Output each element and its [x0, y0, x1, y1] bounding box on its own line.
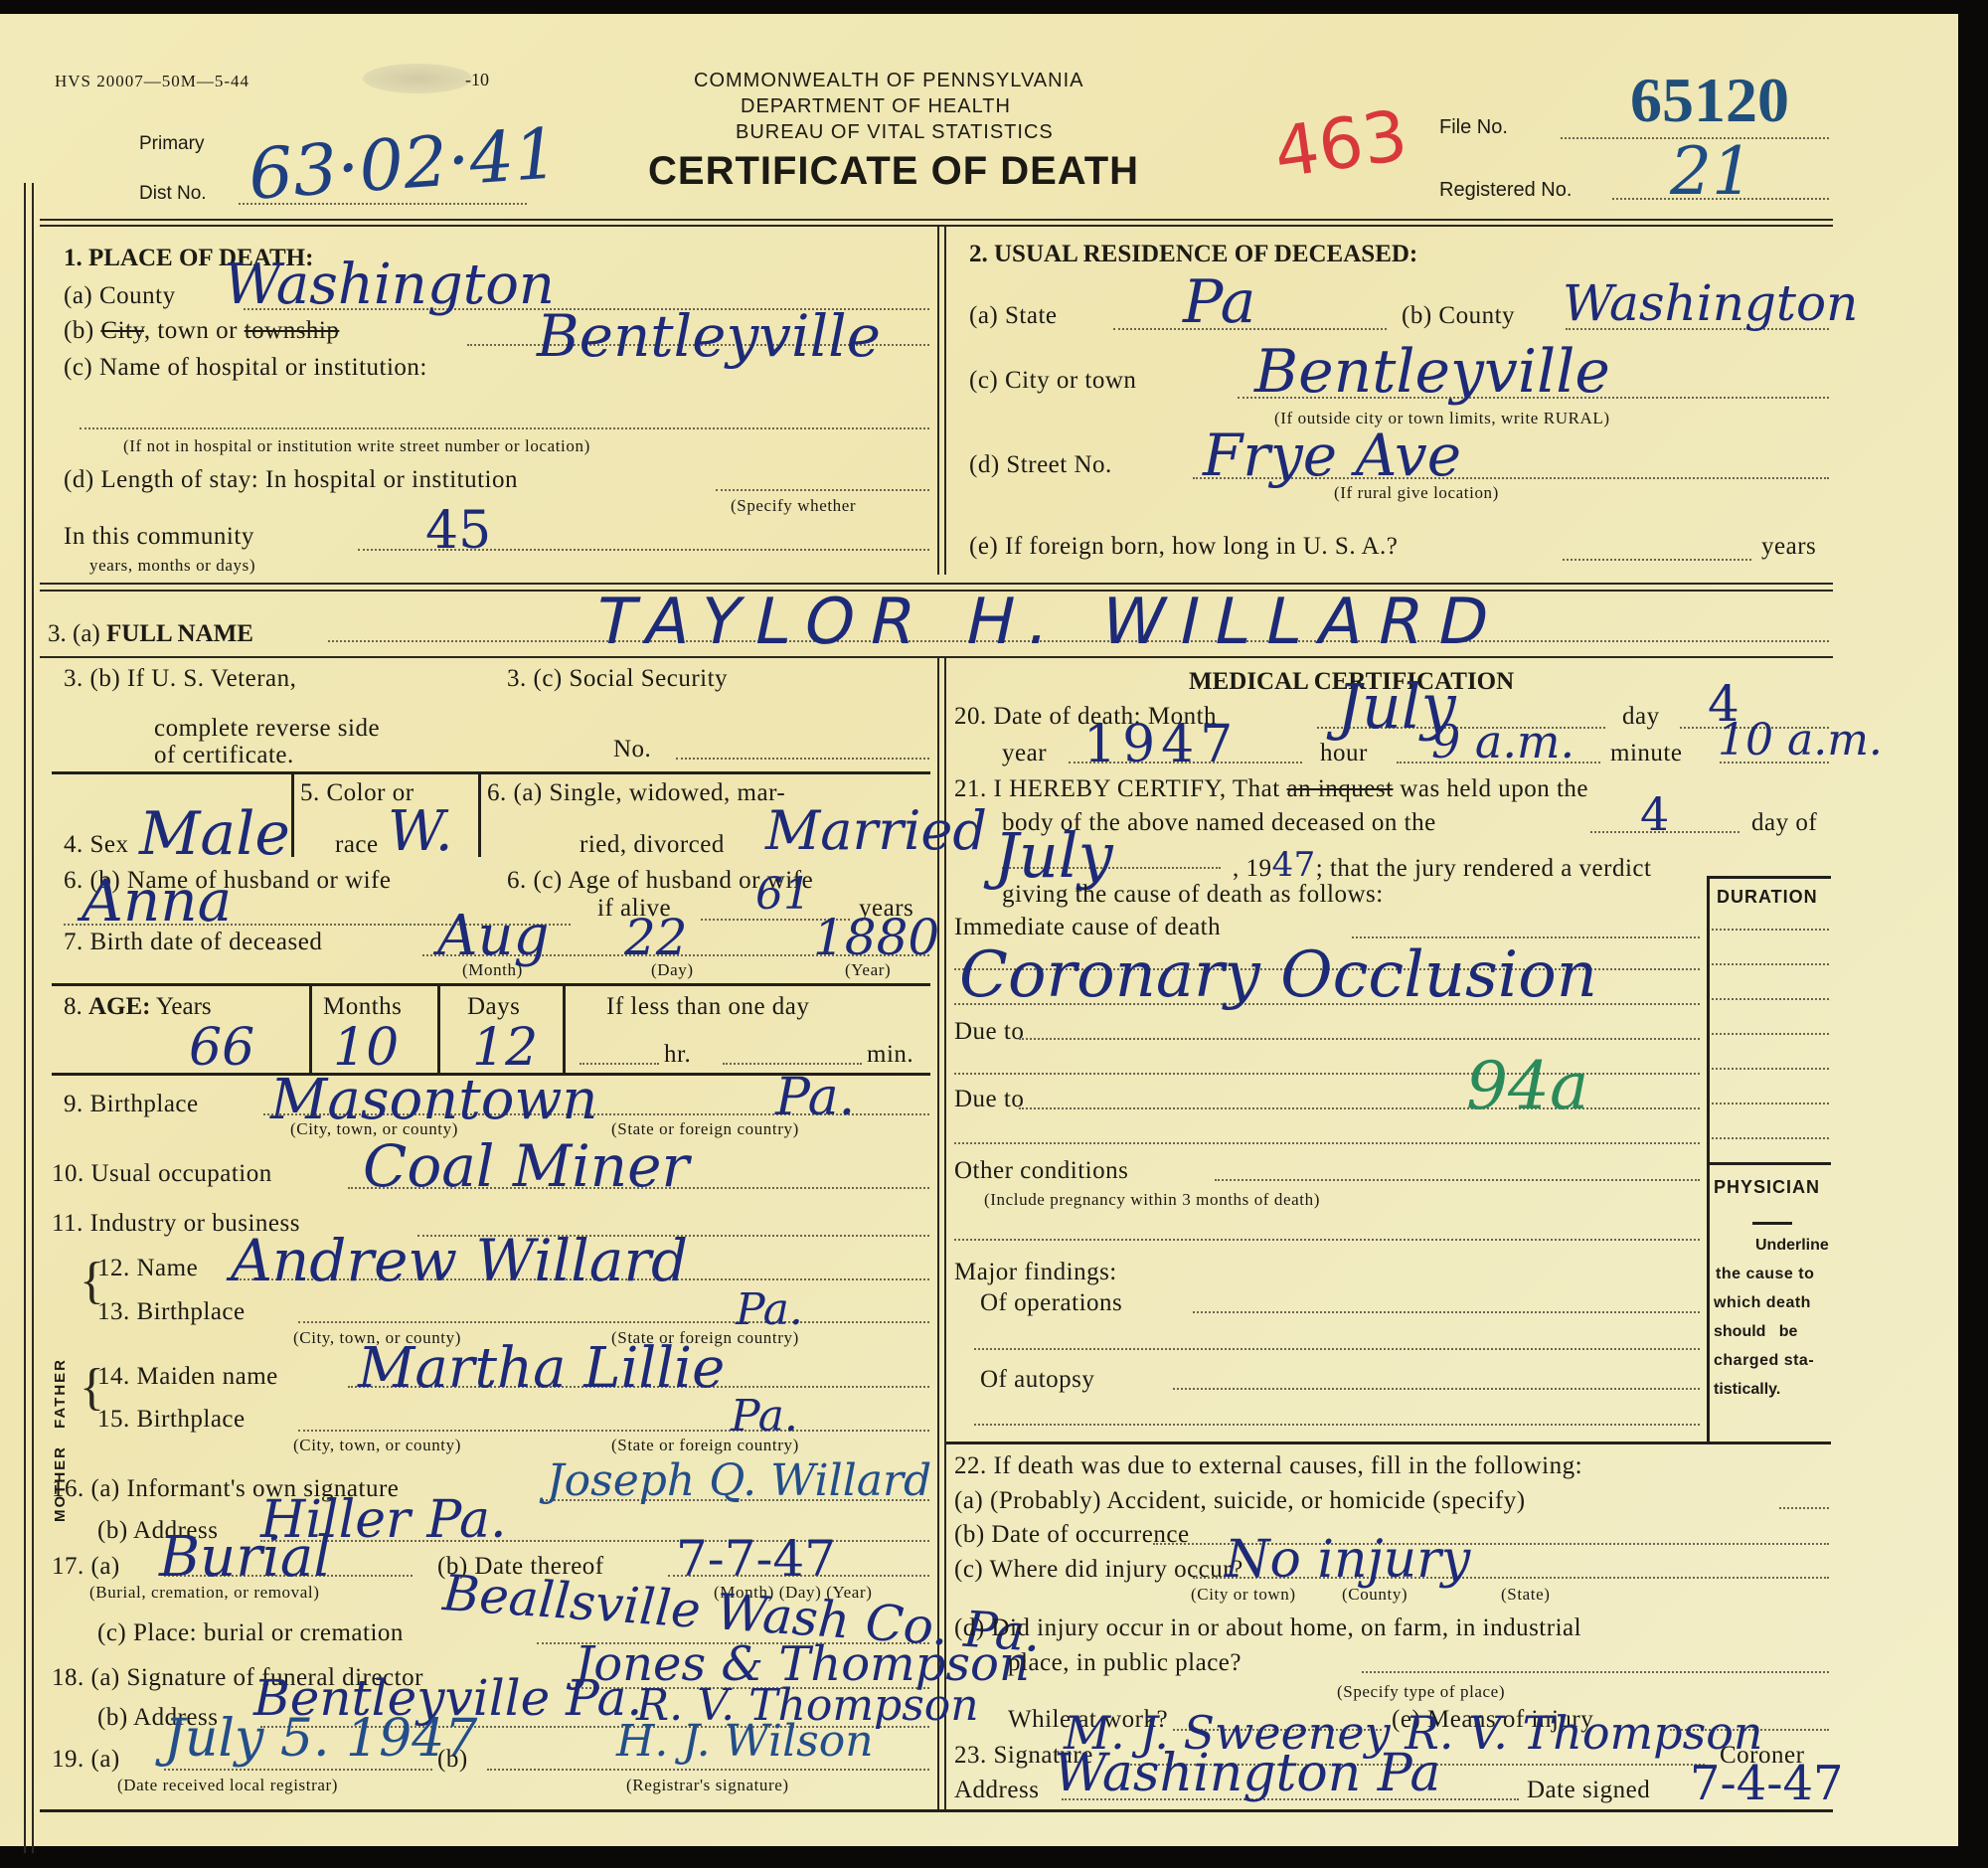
certify-line-1: 21. I HEREBY CERTIFY, That an inquest wa… [954, 775, 1588, 803]
veteran-label-3: of certificate. [154, 742, 294, 769]
physician-note-line: should be [1714, 1323, 1797, 1341]
file-number: 65120 [1630, 64, 1789, 137]
mother-name-label: 14. Maiden name [97, 1363, 278, 1391]
day-label: day [1622, 703, 1660, 731]
age-rule-top [52, 983, 930, 986]
veteran-label: 3. (b) If U. S. Veteran, [64, 665, 296, 693]
town-label-mid: , town or [144, 317, 238, 344]
cause-line [1019, 1038, 1700, 1040]
mother-state-note: (State or foreign country) [611, 1436, 799, 1455]
injury-city-note: (City or town) [1191, 1585, 1296, 1605]
hospital-underline [80, 427, 929, 429]
certify-line-4: giving the cause of death as follows: [1002, 881, 1384, 909]
duration-line [1712, 1033, 1829, 1035]
marital-value: Married [765, 799, 987, 862]
file-no-label: File No. [1439, 116, 1508, 139]
due-to-label-1: Due to [954, 1018, 1024, 1046]
hospital-label: (c) Name of hospital or institution: [64, 354, 427, 382]
certify-day: 4 [1640, 787, 1669, 841]
due-to-code: 94a [1466, 1048, 1588, 1124]
mother-birthplace-underline [298, 1430, 929, 1432]
operations-label: Of operations [980, 1289, 1122, 1317]
residence-city-label: (c) City or town [969, 367, 1136, 395]
full-name-number: 3. (a) [48, 620, 100, 647]
injury-county-note: (County) [1342, 1585, 1408, 1605]
left-border-line [32, 183, 34, 1853]
top-rule [40, 225, 1833, 227]
age-years: 66 [189, 1018, 254, 1078]
residence-county: Washington [1563, 274, 1858, 332]
age-less-label: If less than one day [606, 993, 809, 1021]
town-label-prefix: (b) [64, 317, 94, 344]
duration-box-top [1707, 876, 1831, 879]
age-divider [309, 984, 312, 1074]
registrar-date-underline [164, 1769, 432, 1771]
section-rule [40, 583, 1833, 585]
occupation-value: Coal Miner [363, 1132, 689, 1200]
certify-line-3b: ; that the jury rendered a verdict [1316, 855, 1652, 882]
death-year: 1947 [1083, 715, 1239, 774]
residence-street: Frye Ave [1203, 422, 1461, 489]
death-town: Bentleyville [537, 302, 881, 370]
death-county: Washington [224, 253, 555, 317]
ss-no-label: No. [613, 736, 651, 764]
cell-divider [291, 772, 294, 857]
full-name: TAYLOR H. WILLARD [588, 586, 1511, 659]
page-title: CERTIFICATE OF DEATH [648, 149, 1139, 194]
birthplace-label: 9. Birthplace [64, 1091, 199, 1118]
hour-label: hour [1320, 740, 1368, 767]
major-findings-label: Major findings: [954, 1259, 1117, 1286]
mother-birthplace-label: 15. Birthplace [97, 1406, 246, 1434]
external-d-note: (Specify type of place) [1337, 1682, 1505, 1702]
external-d-label-2: place, in public place? [1008, 1649, 1242, 1677]
community-value: 45 [425, 501, 491, 561]
foreign-born-unit: years [1761, 533, 1816, 561]
cause-line [1019, 1107, 1700, 1109]
other-conditions-note: (Include pregnancy within 3 months of de… [984, 1190, 1320, 1210]
town-label-township-struck: township [245, 317, 340, 344]
due-to-label-2: Due to [954, 1086, 1024, 1113]
specify-note: (Specify whether [731, 496, 856, 516]
duration-line [1712, 998, 1829, 1000]
residence-street-note: (If rural give location) [1334, 483, 1499, 503]
column-divider [944, 227, 946, 575]
year-label: year [1002, 740, 1047, 767]
sex-label: 4. Sex [64, 831, 129, 859]
other-conditions-label: Other conditions [954, 1157, 1128, 1185]
certify-line-1b: was held upon the [1400, 775, 1588, 802]
social-security-label: 3. (c) Social Security [507, 665, 728, 693]
cause-line [954, 1142, 1700, 1144]
primary-label: Primary [139, 133, 204, 155]
residence-street-label: (d) Street No. [969, 451, 1112, 479]
age-min-underline [723, 1063, 862, 1065]
age-divider [563, 984, 566, 1074]
external-a-underline [1779, 1507, 1829, 1509]
mother-city-note: (City, town, or county) [293, 1436, 461, 1455]
red-annotation: 463 [1269, 94, 1412, 194]
external-d-underline [1362, 1671, 1829, 1673]
sex-value: Male [139, 799, 290, 869]
operations-line [974, 1348, 1700, 1350]
age-label-title: AGE: [88, 993, 151, 1020]
dist-number: 63·02·41 [247, 112, 562, 216]
burial-method-note: (Burial, cremation, or removal) [89, 1583, 320, 1603]
community-note: years, months or days) [89, 556, 255, 576]
external-a-label: (a) (Probably) Accident, suicide, or hom… [954, 1487, 1526, 1515]
father-name: Andrew Willard [231, 1227, 688, 1294]
certify-year-prefix: , 19 [1233, 855, 1272, 882]
operations-underline [1193, 1311, 1700, 1313]
registrar-signature-underline [487, 1769, 929, 1771]
certify-line-1a: 21. I HEREBY CERTIFY, That [954, 775, 1280, 802]
age-label: 8. AGE: Years [64, 993, 212, 1021]
registrar-label-b: (b) [437, 1746, 468, 1774]
residence-state-label: (a) State [969, 302, 1057, 330]
residence-state: Pa [1183, 267, 1255, 337]
full-name-title: FULL NAME [106, 620, 253, 647]
injury-location: No injury [1225, 1530, 1470, 1590]
autopsy-underline [1173, 1388, 1700, 1390]
other-conditions-underline [1215, 1179, 1700, 1181]
form-code: HVS 20007—50M—5-44 [55, 72, 249, 91]
birth-day-note: (Day) [651, 960, 694, 980]
minute-label: minute [1610, 740, 1682, 767]
residence-county-label: (b) County [1402, 302, 1515, 330]
full-name-rule [40, 656, 1833, 658]
other-conditions-line [954, 1239, 1700, 1241]
registered-no-label: Registered No. [1439, 179, 1572, 202]
dist-label: Dist No. [139, 183, 207, 205]
certify-day-of: day of [1751, 809, 1817, 837]
external-heading: 22. If death was due to external causes,… [954, 1452, 1582, 1480]
race-value: W. [388, 799, 453, 864]
birth-year: 1880 [813, 909, 939, 966]
row-rule [52, 771, 930, 774]
residence-city: Bentleyville [1254, 337, 1610, 407]
burial-method: Burial [159, 1525, 331, 1590]
duration-line [1712, 1103, 1829, 1104]
coroner-address: Washington Pa [1054, 1744, 1440, 1803]
mother-birthplace: Pa. [731, 1391, 798, 1442]
cell-divider [478, 772, 481, 857]
duration-box-left [1707, 876, 1710, 1443]
burial-label: 17. (a) [52, 1553, 120, 1581]
agency-line-2: DEPARTMENT OF HEALTH [741, 95, 1011, 118]
column-divider [937, 227, 939, 575]
physician-dash [1752, 1222, 1792, 1225]
registered-number: 21 [1670, 133, 1753, 210]
birth-month-note: (Month) [462, 960, 523, 980]
age-divider [437, 984, 440, 1074]
physician-note-line: the cause to [1716, 1266, 1814, 1283]
registrar-label-a: 19. (a) [52, 1746, 120, 1774]
immediate-cause-label: Immediate cause of death [954, 914, 1221, 941]
age-min-label: min. [867, 1041, 913, 1069]
form-code-suffix: -10 [465, 70, 489, 90]
informant-signature: Joseph Q. Willard [547, 1455, 931, 1506]
external-c-label: (c) Where did injury occur? [954, 1556, 1243, 1584]
physician-note-line: which death [1714, 1294, 1811, 1312]
birth-day: 22 [624, 909, 688, 966]
death-certificate: HVS 20007—50M—5-44 -10 Primary Dist No. … [0, 14, 1958, 1846]
external-causes-rule [946, 1442, 1831, 1444]
injury-state-note: (State) [1501, 1585, 1551, 1605]
date-signed-label: Date signed [1527, 1777, 1650, 1804]
full-name-label: 3. (a) FULL NAME [48, 620, 253, 648]
physician-note-line: tistically. [1714, 1381, 1780, 1399]
immediate-cause: Coronary Occlusion [959, 938, 1597, 1012]
town-label-city-struck: City [100, 317, 143, 344]
top-rule [40, 219, 1833, 221]
father-side-label: FATHER [52, 1358, 69, 1429]
age-months-label: Months [323, 993, 402, 1021]
age-label-num: 8. [64, 993, 83, 1020]
birthplace-state: Pa. [775, 1068, 855, 1127]
father-name-label: 12. Name [97, 1255, 198, 1282]
physician-note-line: charged sta- [1714, 1352, 1814, 1370]
birth-month: Aug [437, 904, 549, 968]
foreign-born-label: (e) If foreign born, how long in U. S. A… [969, 533, 1398, 561]
physician-heading: PHYSICIAN [1714, 1177, 1820, 1198]
certify-line-3: , 1947; that the jury rendered a verdict [1233, 845, 1651, 885]
physician-divider [1707, 1162, 1831, 1165]
registrar-signature-note: (Registrar's signature) [626, 1776, 789, 1795]
birth-date-label: 7. Birth date of deceased [64, 929, 322, 956]
father-birthplace-underline [298, 1321, 929, 1323]
certify-year: 47 [1272, 845, 1316, 885]
town-label: (b) City, town or township [64, 317, 339, 345]
burial-date: 7-7-47 [676, 1530, 836, 1588]
age-hr-label: hr. [664, 1041, 691, 1069]
foreign-born-underline [1563, 559, 1751, 561]
duration-heading: DURATION [1717, 887, 1818, 908]
left-border-line [24, 183, 26, 1853]
age-years-label: Years [156, 993, 212, 1020]
age-hr-underline [580, 1063, 659, 1065]
certify-struck-text: an inquest [1286, 775, 1393, 802]
death-minute: 10 a.m. [1718, 715, 1883, 765]
marital-label: 6. (a) Single, widowed, mar- [487, 779, 785, 807]
duration-line [1712, 929, 1829, 931]
registrar-signature: H. J. Wilson [616, 1716, 874, 1767]
coroner-address-label: Address [954, 1777, 1039, 1804]
seal-stamp [363, 64, 472, 93]
hospital-note: (If not in hospital or institution write… [123, 436, 590, 456]
race-label-2: race [335, 831, 379, 859]
duration-line [1712, 963, 1829, 965]
veteran-label-2: complete reverse side [154, 715, 380, 743]
bottom-rule [40, 1809, 1833, 1812]
registrar-date-note: (Date received local registrar) [117, 1776, 338, 1795]
marital-label-2: ried, divorced [580, 831, 725, 859]
registrar-date-received: July 5. 1947 [164, 1709, 477, 1769]
county-label: (a) County [64, 282, 176, 310]
stay-label: (d) Length of stay: In hospital or insti… [64, 466, 518, 494]
duration-line [1712, 1068, 1829, 1070]
burial-place-label: (c) Place: burial or cremation [97, 1619, 404, 1647]
date-signed: 7-4-47 [1690, 1756, 1844, 1811]
mother-name: Martha Lillie [358, 1336, 725, 1401]
spouse-name: Anna [82, 867, 232, 934]
occupation-label: 10. Usual occupation [52, 1160, 272, 1188]
duration-line [1712, 1137, 1829, 1139]
agency-line-3: BUREAU OF VITAL STATISTICS [736, 121, 1054, 144]
spouse-age: 61 [755, 869, 811, 920]
external-d-label: (d) Did injury occur in or about home, o… [954, 1614, 1581, 1642]
residence-heading: 2. USUAL RESIDENCE OF DECEASED: [969, 241, 1417, 268]
death-hour: 9 a.m. [1431, 715, 1574, 768]
ss-underline [676, 758, 929, 760]
age-days-label: Days [467, 993, 520, 1021]
agency-line-1: COMMONWEALTH OF PENNSYLVANIA [694, 70, 1083, 92]
autopsy-line [974, 1424, 1700, 1426]
community-label: In this community [64, 523, 254, 551]
physician-note-line: Underline [1755, 1237, 1829, 1255]
stay-underline [716, 489, 929, 491]
father-birthplace-label: 13. Birthplace [97, 1298, 246, 1326]
autopsy-label: Of autopsy [980, 1366, 1094, 1394]
birth-year-note: (Year) [845, 960, 891, 980]
